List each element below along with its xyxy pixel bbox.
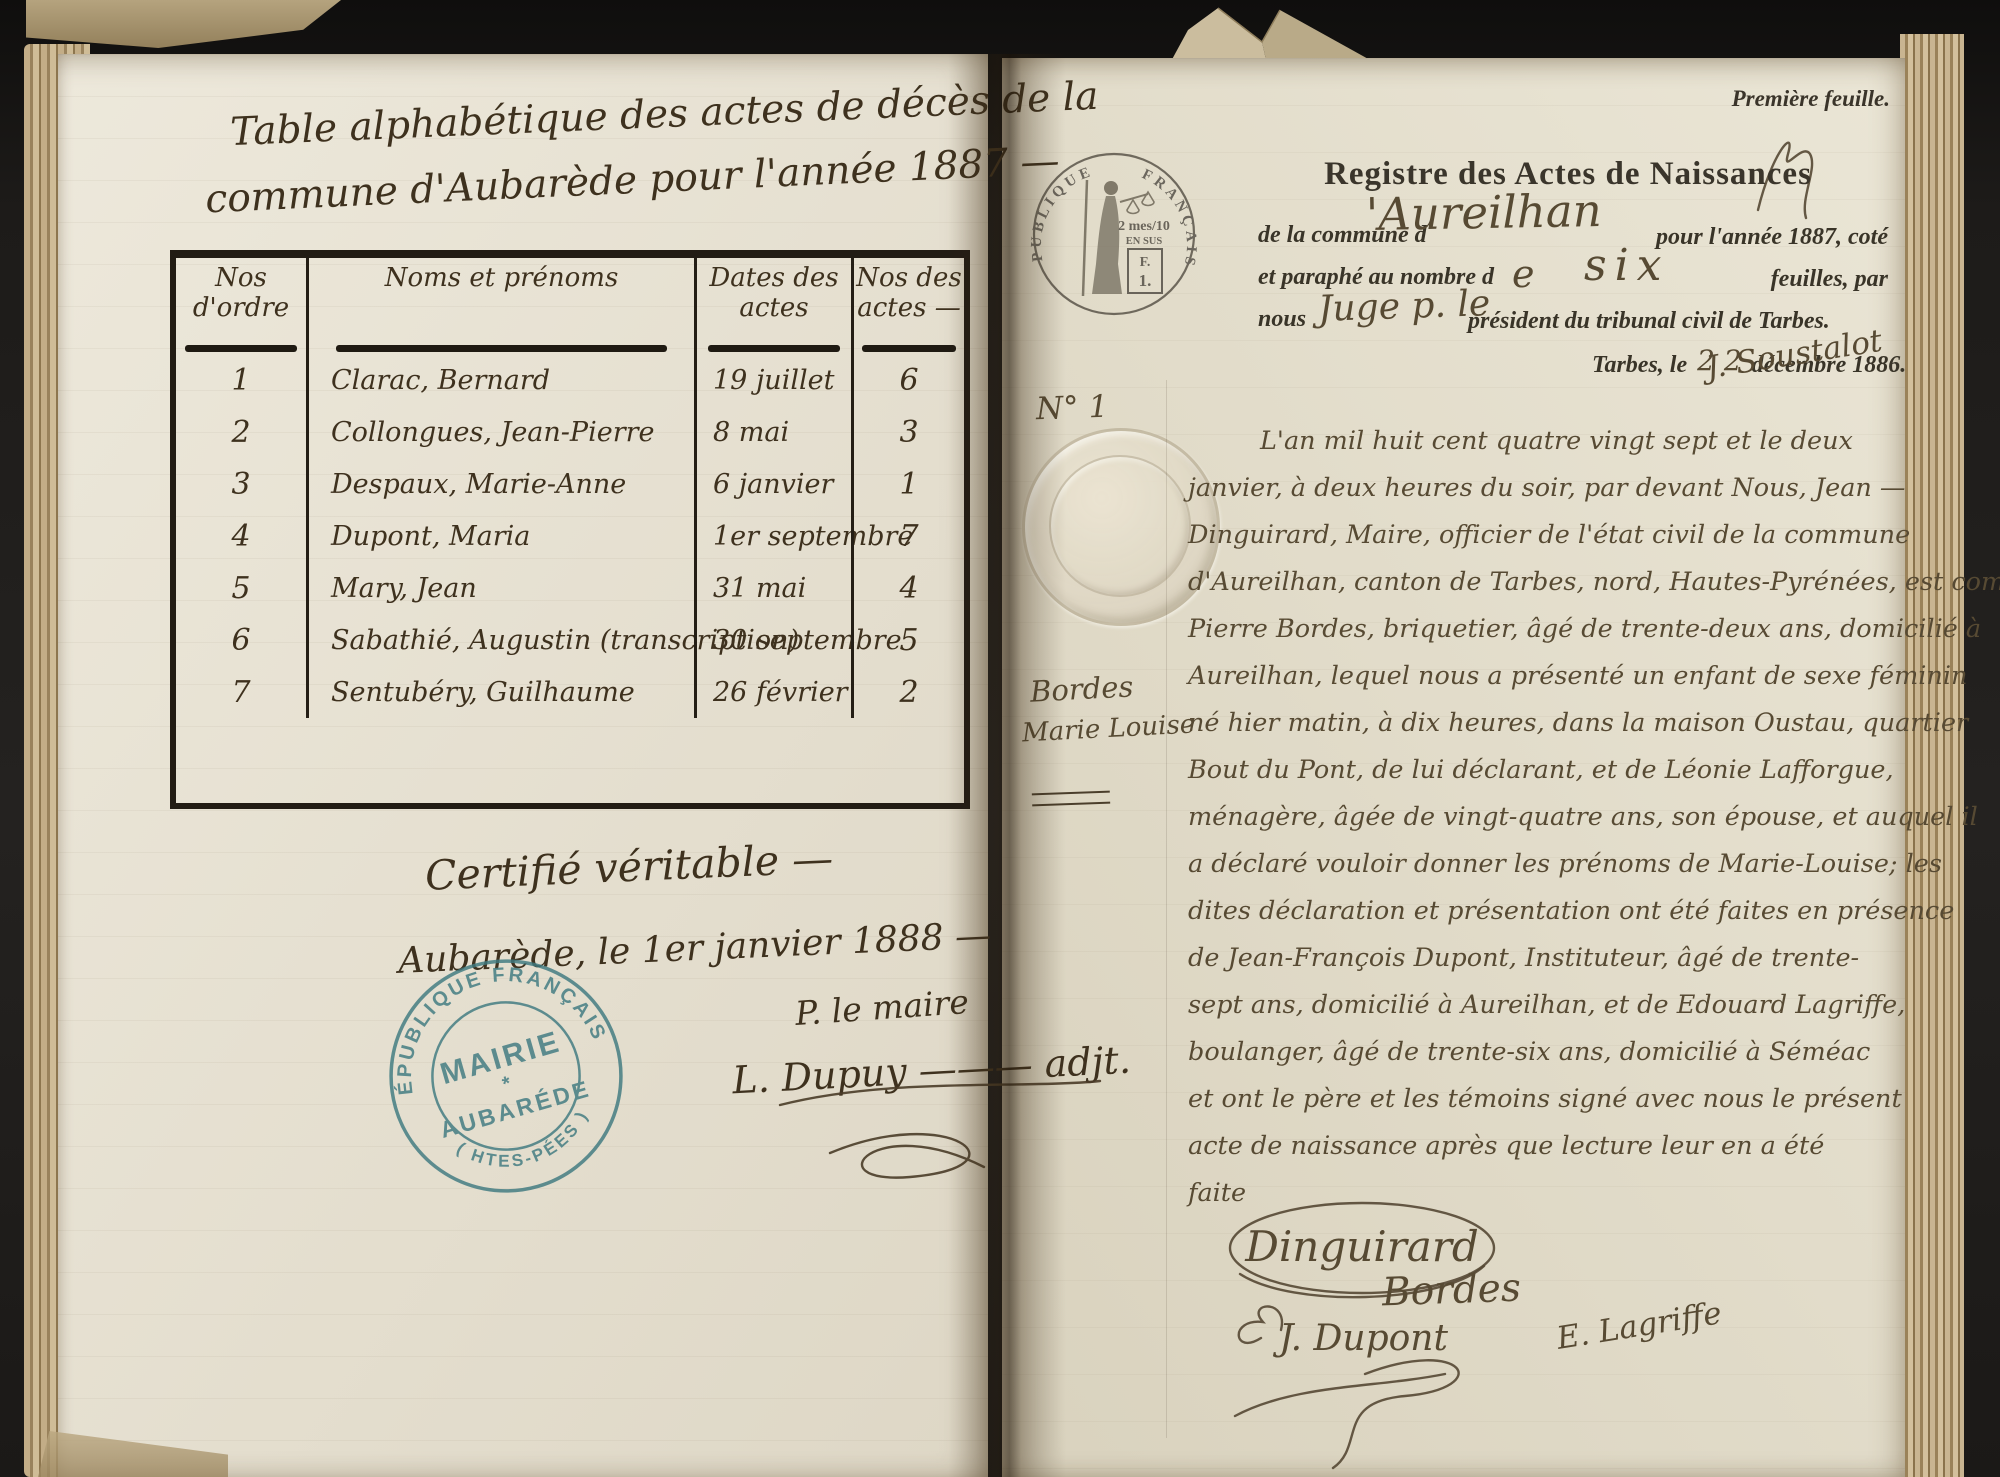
row-order: 4 [176, 510, 306, 562]
witness1-signature-name: J. Dupont [1279, 1318, 1448, 1359]
margin-vertical-rule [1166, 380, 1167, 1438]
row-name: Collongues, Jean-Pierre [306, 406, 694, 458]
row-act-no: 7 [851, 510, 964, 562]
row-date: 19 juillet [694, 354, 851, 406]
row-order: 3 [176, 458, 306, 510]
form-line4-printed: Tarbes, le [1592, 352, 1687, 379]
row-date: 8 mai [694, 406, 851, 458]
flourish-stroke [780, 1081, 1100, 1105]
row-order: 7 [176, 666, 306, 718]
franc-label: F. [1140, 255, 1151, 270]
row-act-no: 6 [851, 354, 964, 406]
birth-act-text: L'an mil huit cent quatre vingt sept et … [1188, 418, 1902, 1217]
col-header-label: Nos d'ordre [176, 264, 306, 324]
row-name: Sentubéry, Guilhaume [306, 666, 694, 718]
col-header-act-numbers: Nos des actes — [851, 258, 964, 354]
act-line: a déclaré vouloir donner les prénoms de … [1188, 841, 1902, 888]
header-underline [185, 345, 297, 352]
col-header-label: Nos des actes — [854, 264, 964, 324]
registry-book-scan: Table alphabétique des actes de décès de… [0, 0, 2000, 1477]
act-line: Aureilhan, lequel nous a présenté un enf… [1188, 653, 1902, 700]
header-underline [708, 345, 840, 352]
margin-double-rule [1032, 791, 1110, 807]
act-line: né hier matin, à dix heures, dans la mai… [1188, 700, 1902, 747]
justice-staff [1083, 180, 1087, 296]
act-line: sept ans, domicilié à Aureilhan, et de E… [1188, 982, 1902, 1029]
surcharge-bottom-label: EN SUS [1126, 236, 1163, 247]
act-line: de Jean-François Dupont, Instituteur, âg… [1188, 935, 1902, 982]
row-order: 1 [176, 354, 306, 406]
form-line2-handwritten-count: six [1584, 240, 1669, 291]
scales-pan [1127, 200, 1139, 214]
act-line: et ont le père et les témoins signé avec… [1188, 1076, 1902, 1123]
row-act-no: 2 [851, 666, 964, 718]
row-date: 1er septembre [694, 510, 851, 562]
form-line2-handwritten-e: e [1512, 252, 1535, 296]
col-header-order: Nos d'ordre [176, 258, 306, 354]
justice-figure [1092, 196, 1122, 294]
act-line: acte de naissance après que lecture leur… [1188, 1123, 1902, 1170]
page-stack-right-edge [1900, 34, 1964, 1477]
death-acts-table: Nos d'ordre Noms et prénoms Dates des ac… [170, 250, 970, 809]
act-line: Dinguirard, Maire, officier de l'état ci… [1188, 512, 1902, 559]
row-order: 5 [176, 562, 306, 614]
row-date: 6 janvier [694, 458, 851, 510]
act-line: L'an mil huit cent quatre vingt sept et … [1188, 418, 1902, 465]
form-line3-handwritten-judge: Juge p. le [1317, 283, 1490, 330]
franc-value: 1. [1139, 271, 1152, 290]
form-line2-printed-end: feuilles, par [1748, 266, 1888, 293]
row-act-no: 3 [851, 406, 964, 458]
stamp-center-star: * [500, 1072, 517, 1096]
flourish-stroke [830, 1134, 984, 1177]
mayor-signature-name: Dinguirard [1222, 1222, 1502, 1271]
surcharge-top-label: 2 mes/10 [1118, 219, 1170, 234]
header-underline [336, 345, 667, 352]
signature-flourish [770, 1075, 1110, 1205]
row-act-no: 1 [851, 458, 964, 510]
row-name: Sabathié, Augustin (transcription) [306, 614, 694, 666]
form-line3-printed-end: président du tribunal civil de Tarbes. [1468, 308, 1830, 335]
act-line: ménagère, âgée de vingt-quatre ans, son … [1188, 794, 1902, 841]
row-act-no: 4 [851, 562, 964, 614]
row-act-no: 5 [851, 614, 964, 666]
col-header-label: Noms et prénoms [385, 264, 619, 294]
margin-name-surname: Bordes [1029, 669, 1134, 708]
act-line: d'Aureilhan, canton de Tarbes, nord, Hau… [1188, 559, 1902, 606]
act-line: Bout du Pont, de lui déclarant, et de Lé… [1188, 747, 1902, 794]
row-name: Despaux, Marie-Anne [306, 458, 694, 510]
act-line: boulanger, âgé de trente-six ans, domici… [1188, 1029, 1902, 1076]
row-name: Clarac, Bernard [306, 354, 694, 406]
torn-page-sliver [26, 0, 341, 48]
revenue-stamp-icon: RÉPUBLIQUE FRANÇAISE 2 mes/10 EN SUS F. … [1024, 144, 1204, 324]
row-name: Mary, Jean [306, 562, 694, 614]
row-date: 31 mai [694, 562, 851, 614]
sheet-number-note: Première feuille. [1640, 86, 1890, 112]
form-line3-printed: nous [1258, 306, 1306, 333]
row-date: 30 septembre [694, 614, 851, 666]
col-header-dates: Dates des actes [694, 258, 851, 354]
form-line1-handwritten-commune: 'Aureilhan [1366, 184, 1602, 241]
header-underline [862, 345, 957, 352]
col-header-label: Dates des actes [697, 264, 851, 324]
row-order: 2 [176, 406, 306, 458]
act-line: Pierre Bordes, briquetier, âgé de trente… [1188, 606, 1902, 653]
justice-head [1104, 181, 1118, 195]
act-line: dites déclaration et présentation ont ét… [1188, 888, 1902, 935]
flourish-stroke [1333, 1360, 1459, 1468]
row-date: 26 février [694, 666, 851, 718]
flourish-stroke [1239, 1306, 1282, 1342]
embossed-seal-inner-ring [1049, 455, 1191, 597]
row-name: Dupont, Maria [306, 510, 694, 562]
witness1-signature: J. Dupont [1215, 1296, 1535, 1476]
act-line: janvier, à deux heures du soir, par deva… [1188, 465, 1902, 512]
col-header-names: Noms et prénoms [306, 258, 694, 354]
row-order: 6 [176, 614, 306, 666]
act-number-label: N° 1 [1035, 389, 1108, 427]
